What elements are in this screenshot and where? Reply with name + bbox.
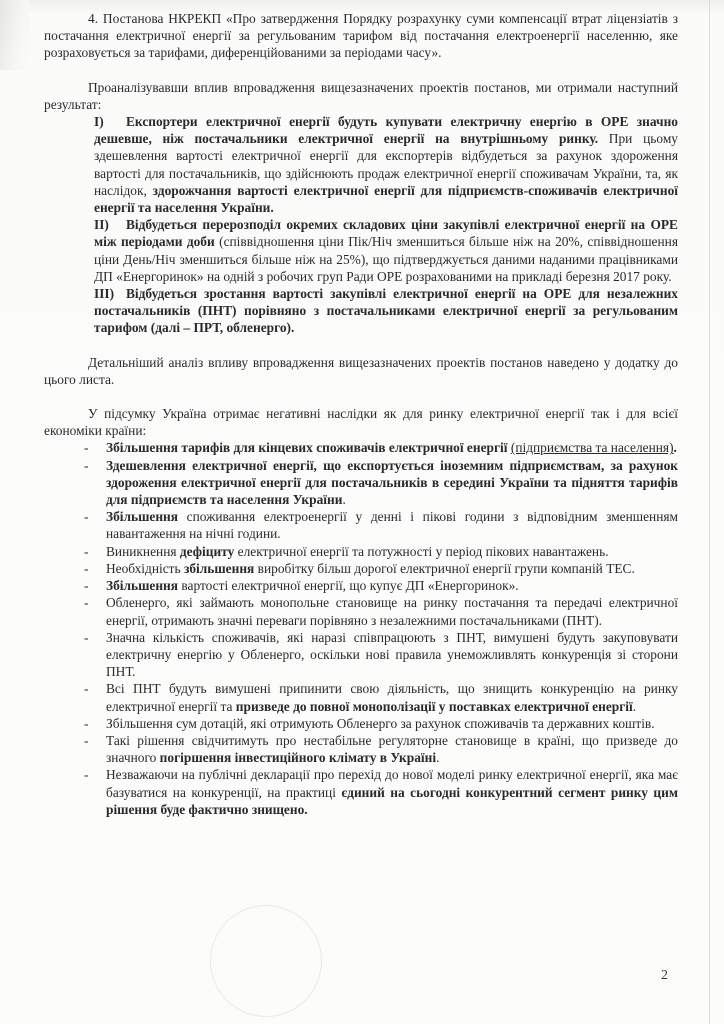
detail-paragraph: Детальніший аналіз впливу впровадження в… <box>44 354 678 388</box>
document-body: 4. Постанова НКРЕКП «Про затвердження По… <box>44 10 678 818</box>
result-item-2: II)Відбудеться перерозподіл окремих скла… <box>94 216 678 285</box>
results-list: I)Експортери електричної енергії будуть … <box>44 113 678 337</box>
list-item: -Виникнення дефіциту електричної енергії… <box>106 543 678 560</box>
stamp-show-through <box>210 905 322 1017</box>
document-page: 4. Постанова НКРЕКП «Про затвердження По… <box>0 0 724 1024</box>
list-item: -Всі ПНТ будуть вимушені припинити свою … <box>106 680 678 714</box>
list-item: -Збільшення вартості електричної енергії… <box>106 577 678 594</box>
list-item: -Незважаючи на публічні декларації про п… <box>106 766 678 818</box>
list-item: -Необхідність збільшення виробітку більш… <box>106 560 678 577</box>
list-item: -Такі рішення свідчитимуть про нестабіль… <box>106 732 678 766</box>
list-item: -Здешевлення електричної енергії, що екс… <box>106 457 678 509</box>
list-item: -Збільшення тарифів для кінцевих спожива… <box>106 439 678 456</box>
list-item: -Збільшення споживання електроенергії у … <box>106 508 678 542</box>
list-item: -Значна кількість споживачів, які наразі… <box>106 629 678 681</box>
result-item-3: III)Відбудеться зростання вартості закуп… <box>94 285 678 337</box>
result-number: III) <box>94 285 126 302</box>
list-item: -Обленерго, які займають монопольне стан… <box>106 594 678 628</box>
list-item: -Збільшення сум дотацій, які отримують О… <box>106 715 678 732</box>
consequences-list: -Збільшення тарифів для кінцевих спожива… <box>44 439 678 817</box>
summary-paragraph: У підсумку Україна отримає негативні нас… <box>44 405 678 439</box>
page-fold-shadow <box>0 0 30 70</box>
result-number: II) <box>94 216 126 233</box>
item-4-paragraph: 4. Постанова НКРЕКП «Про затвердження По… <box>44 10 678 62</box>
page-edge <box>709 0 710 1024</box>
result-number: I) <box>94 113 126 130</box>
page-number: 2 <box>661 968 668 984</box>
intro-paragraph: Проаналізувавши вплив впровадження вищез… <box>44 79 678 113</box>
result-item-1: I)Експортери електричної енергії будуть … <box>94 113 678 216</box>
